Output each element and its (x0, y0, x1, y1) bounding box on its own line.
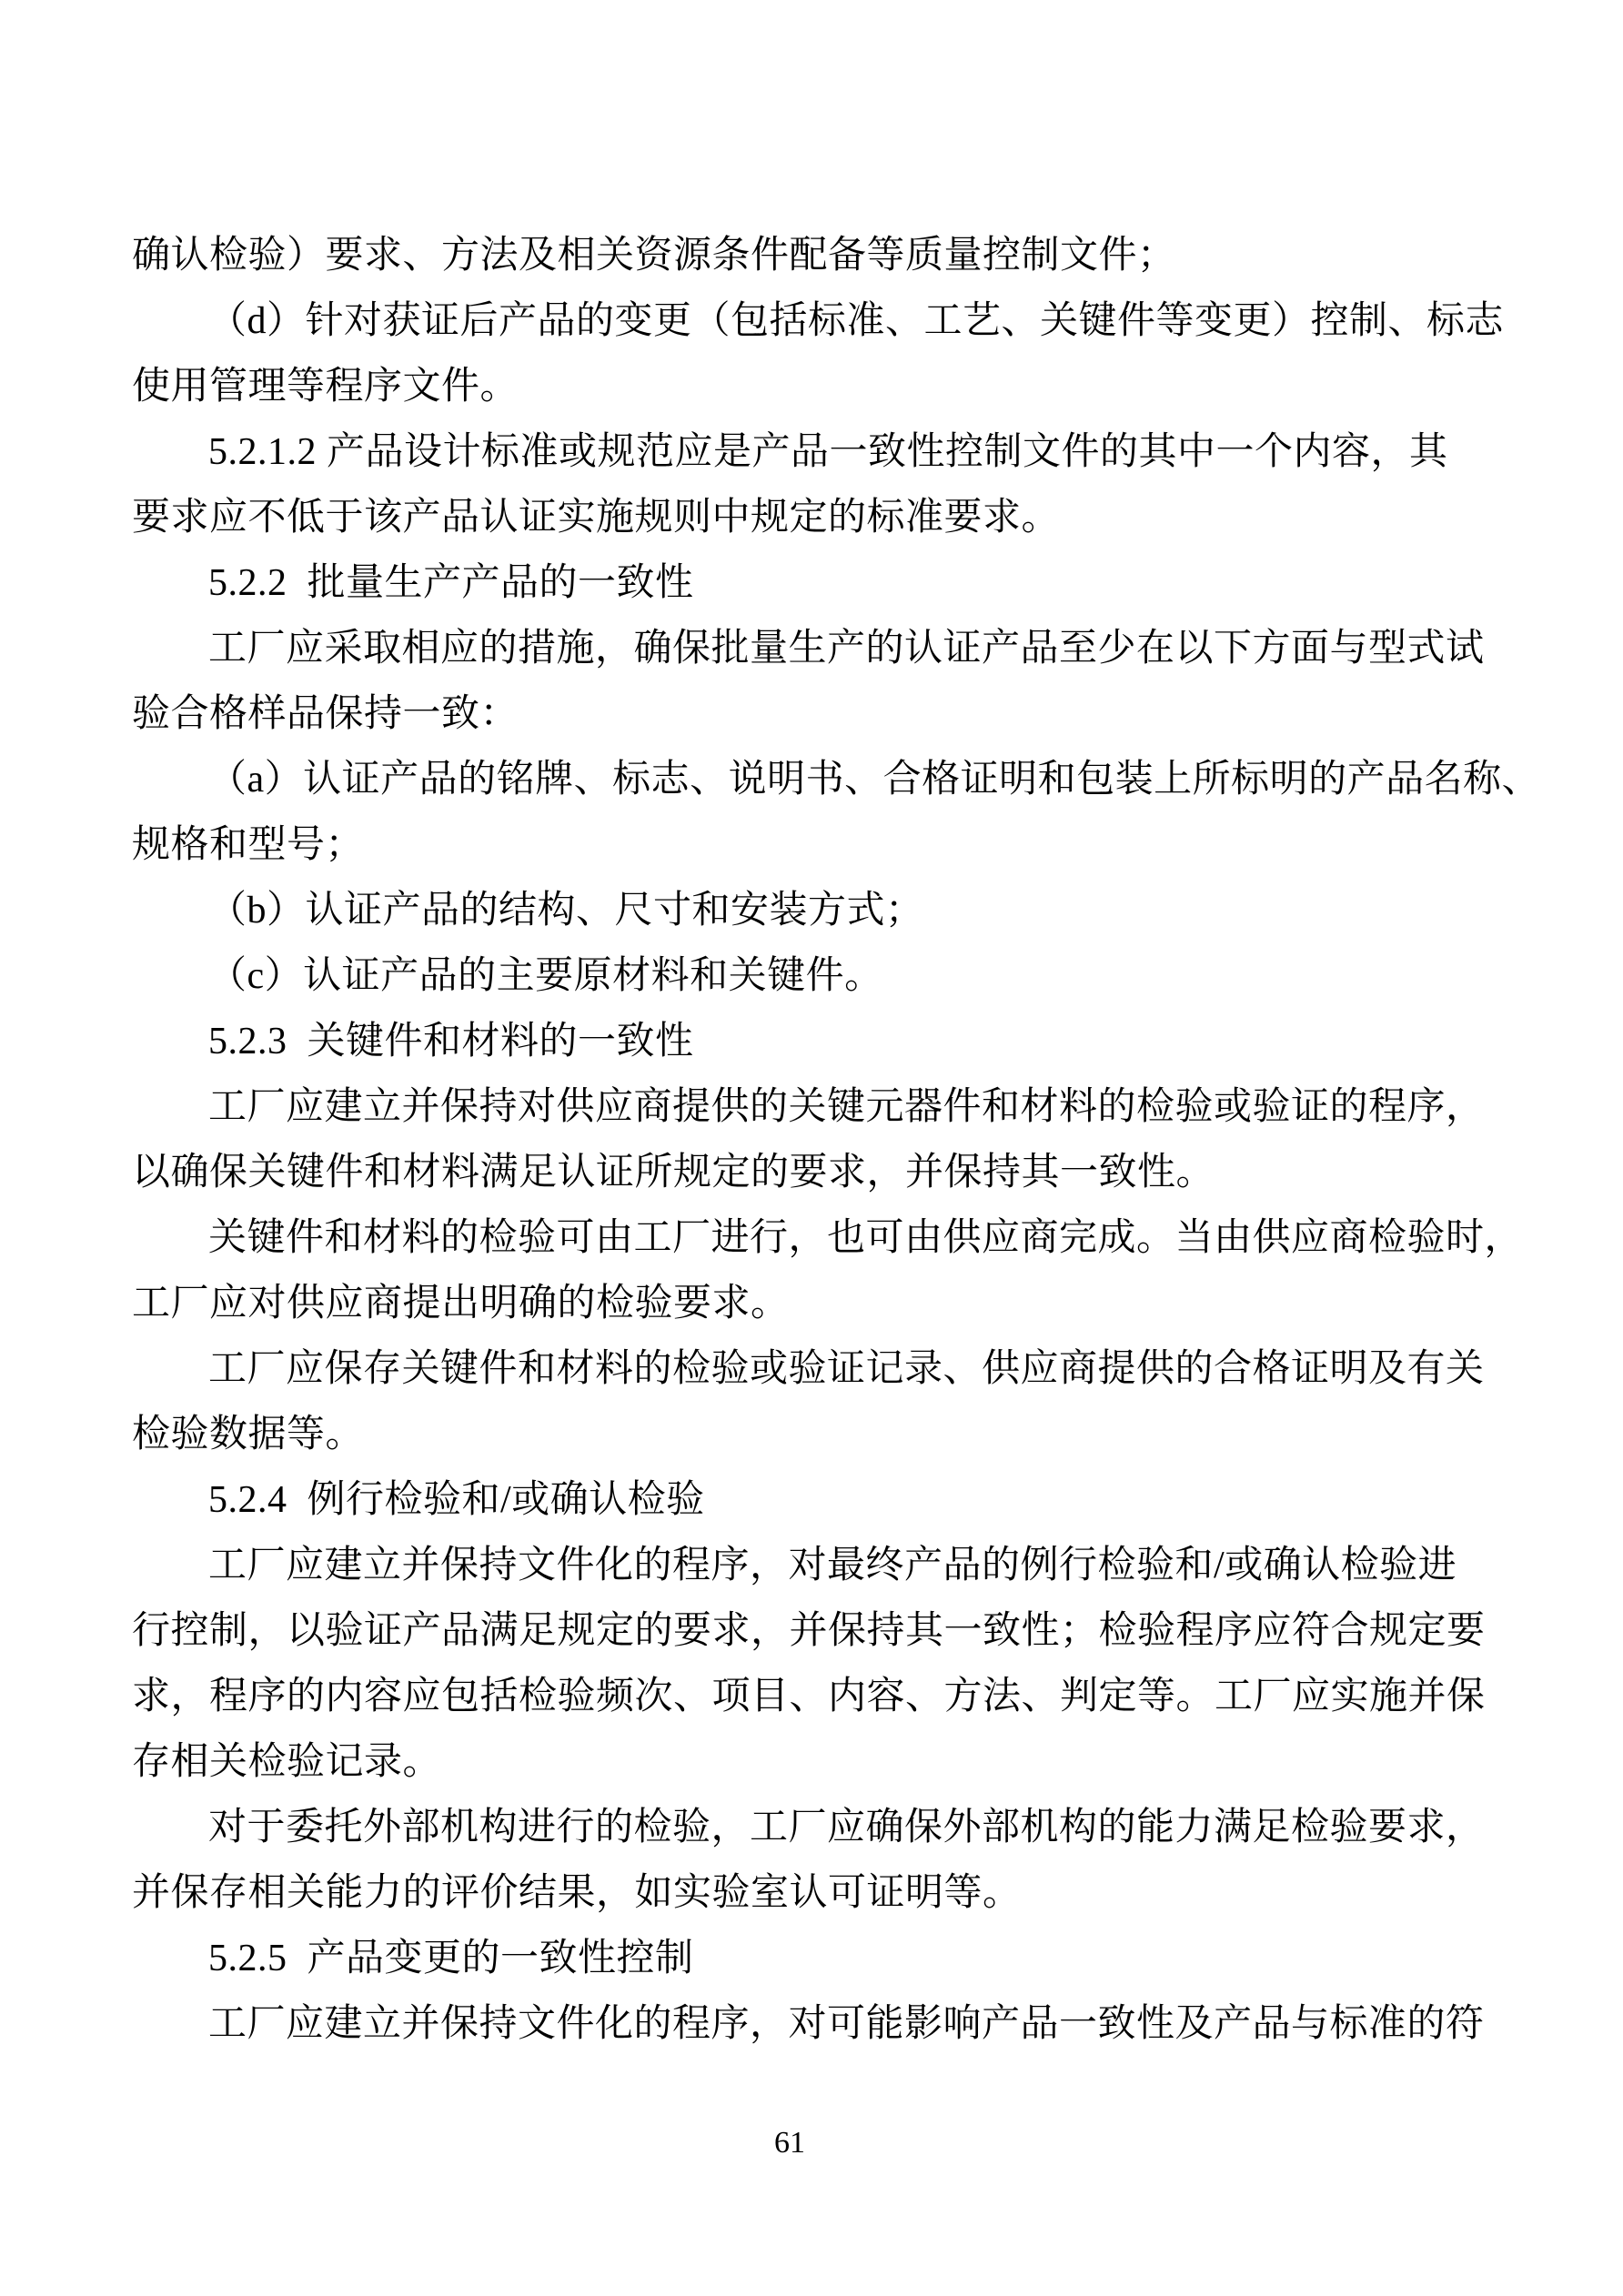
text-line: 验合格样品保持一致： (132, 681, 1497, 747)
text-line: 使用管理等程序文件。 (132, 354, 1497, 419)
text-line: 检验数据等。 (132, 1402, 1497, 1467)
text-line: 工厂应对供应商提出明确的检验要求。 (132, 1271, 1497, 1336)
text-line: 工厂应保存关键件和材料的检验或验证记录、供应商提供的合格证明及有关 (132, 1336, 1497, 1402)
text-line: （b）认证产品的结构、尺寸和安装方式； (132, 878, 1497, 943)
text-line: 行控制，以验证产品满足规定的要求，并保持其一致性；检验程序应符合规定要 (132, 1598, 1497, 1664)
text-line: 存相关检验记录。 (132, 1729, 1497, 1795)
page-number: 61 (0, 2125, 1579, 2161)
text-line: （a）认证产品的铭牌、标志、说明书、合格证明和包装上所标明的产品名称、 (132, 747, 1497, 812)
text-line: 工厂应建立并保持文件化的程序，对可能影响产品一致性及产品与标准的符 (132, 1991, 1497, 2057)
text-line: 确认检验）要求、方法及相关资源条件配备等质量控制文件； (132, 223, 1497, 288)
text-line: 以确保关键件和材料满足认证所规定的要求，并保持其一致性。 (132, 1140, 1497, 1205)
text-line: 规格和型号； (132, 812, 1497, 878)
text-line: 工厂应采取相应的措施，确保批量生产的认证产品至少在以下方面与型式试 (132, 616, 1497, 681)
document-body: 确认检验）要求、方法及相关资源条件配备等质量控制文件；（d）针对获证后产品的变更… (132, 223, 1497, 2057)
text-line: 要求应不低于该产品认证实施规则中规定的标准要求。 (132, 485, 1497, 550)
text-line: 5.2.4 例行检验和/或确认检验 (132, 1467, 1497, 1533)
text-line: 对于委托外部机构进行的检验，工厂应确保外部机构的能力满足检验要求， (132, 1795, 1497, 1860)
text-line: 工厂应建立并保持对供应商提供的关键元器件和材料的检验或验证的程序， (132, 1074, 1497, 1140)
text-line: 5.2.5 产品变更的一致性控制 (132, 1926, 1497, 1991)
text-line: （c）认证产品的主要原材料和关键件。 (132, 943, 1497, 1009)
text-line: 工厂应建立并保持文件化的程序，对最终产品的例行检验和/或确认检验进 (132, 1533, 1497, 1598)
text-line: 5.2.1.2 产品设计标准或规范应是产品一致性控制文件的其中一个内容，其 (132, 419, 1497, 485)
text-line: 并保存相关能力的评价结果，如实验室认可证明等。 (132, 1860, 1497, 1926)
text-line: 关键件和材料的检验可由工厂进行，也可由供应商完成。当由供应商检验时， (132, 1205, 1497, 1271)
text-line: 5.2.2 批量生产产品的一致性 (132, 550, 1497, 616)
text-line: 求，程序的内容应包括检验频次、项目、内容、方法、判定等。工厂应实施并保 (132, 1664, 1497, 1729)
document-page: 确认检验）要求、方法及相关资源条件配备等质量控制文件；（d）针对获证后产品的变更… (0, 0, 1623, 2296)
text-line: 5.2.3 关键件和材料的一致性 (132, 1009, 1497, 1074)
text-line: （d）针对获证后产品的变更（包括标准、工艺、关键件等变更）控制、标志 (132, 288, 1497, 354)
